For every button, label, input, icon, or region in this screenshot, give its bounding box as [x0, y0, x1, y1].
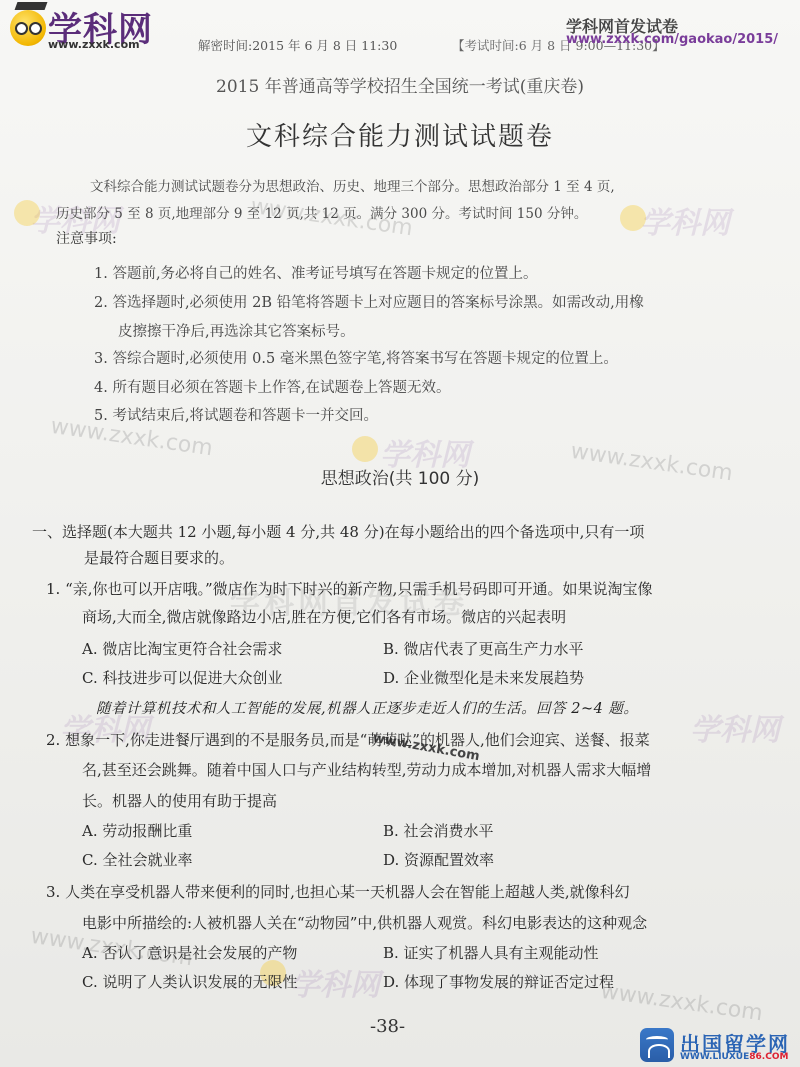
- question-1-option-b: B. 微店代表了更高生产力水平: [383, 638, 584, 659]
- question-1-option-c: C. 科技进步可以促进大众创业: [82, 667, 282, 688]
- zxxk-logo: 学科网 www.zxxk.com: [8, 2, 148, 52]
- question-3-option-d: D. 体现了事物发展的辩证否定过程: [383, 971, 614, 992]
- question-1-option-d: D. 企业微型化是未来发展趋势: [383, 667, 584, 688]
- graduation-cap-icon: [640, 1028, 674, 1062]
- section-instruction: 一、选择题(本大题共 12 小题,每小题 4 分,共 48 分)在每小题给出的四…: [32, 521, 644, 542]
- question-2-stem: 名,甚至还会跳舞。随着中国人口与产业结构转型,劳动力成本增加,对机器人需求大幅增: [82, 759, 651, 780]
- watermark-logo: 学科网: [690, 705, 780, 749]
- intro-line: 历史部分 5 至 8 页,地理部分 9 至 12 页,共 12 页。满分 300…: [56, 202, 587, 222]
- liuxue86-logo[interactable]: 出国留学网 WWW.LIUXUE86.COM: [640, 1028, 800, 1067]
- question-1-option-a: A. 微店比淘宝更符合社会需求: [82, 638, 282, 659]
- brand-banner-url[interactable]: www.zxxk.com/gaokao/2015/: [566, 32, 778, 47]
- watermark-mascot-icon: [352, 436, 378, 462]
- page-number: -38-: [370, 1016, 405, 1037]
- question-2-option-b: B. 社会消费水平: [383, 820, 494, 841]
- question-3-stem: 电影中所描绘的:人被机器人关在“动物园”中,供机器人观赏。科幻电影表达的这种观念: [82, 912, 647, 933]
- section-instruction-continued: 是最符合题目要求的。: [84, 547, 234, 568]
- note-item: 2. 答选择题时,必须使用 2B 铅笔将答题卡上对应题目的答案标号涂黑。如需改动…: [94, 291, 644, 312]
- note-item: 5. 考试结束后,将试题卷和答题卡一并交回。: [94, 404, 378, 425]
- watermark-mascot-icon: [14, 200, 40, 226]
- watermark-mascot-icon: [620, 205, 646, 231]
- question-3-stem: 3. 人类在享受机器人带来便利的同时,也担心某一天机器人会在智能上超越人类,就像…: [46, 881, 630, 902]
- section-title: 思想政治(共 100 分): [0, 464, 800, 489]
- question-3-option-a: A. 否认了意识是社会发展的产物: [82, 942, 297, 963]
- exam-page: 学科网 www.zxxk.com 学科网 www.zxxk.com 学科网 ww…: [0, 0, 800, 1067]
- question-3-option-b: B. 证实了机器人具有主观能动性: [383, 942, 599, 963]
- question-1-stem: 1. “亲,你也可以开店哦。”微店作为时下时兴的新产物,只需手机号码即可开通。如…: [46, 578, 652, 599]
- shared-stem: 随着计算机技术和人工智能的发展,机器人正逐步走近人们的生活。回答 2~4 题。: [96, 697, 638, 718]
- notes-heading: 注意事项:: [56, 228, 117, 248]
- question-1-stem: 商场,大而全,微店就像路边小店,胜在方便,它们各有市场。微店的兴起表明: [82, 606, 566, 627]
- question-2-stem: 2. 想象一下,你走进餐厅遇到的不是服务员,而是“萌萌哒”的机器人,他们会迎宾、…: [46, 729, 650, 750]
- watermark-logo: 学科网: [290, 960, 380, 1004]
- note-item: 4. 所有题目必须在答题卡上作答,在试题卷上答题无效。: [94, 376, 451, 397]
- release-time: 解密时间:2015 年 6 月 8 日 11:30: [198, 36, 397, 54]
- question-2-stem: 长。机器人的使用有助于提高: [82, 790, 277, 811]
- watermark-url: www.zxxk.com: [599, 979, 764, 1026]
- note-item: 1. 答题前,务必将自己的姓名、准考证号填写在答题卡规定的位置上。: [94, 262, 538, 283]
- question-2-option-a: A. 劳动报酬比重: [82, 820, 192, 841]
- mascot-icon: [10, 10, 46, 46]
- watermark-logo: 学科网: [640, 198, 730, 242]
- intro-line: 文科综合能力测试试题卷分为思想政治、历史、地理三个部分。思想政治部分 1 至 4…: [90, 175, 615, 195]
- question-2-option-d: D. 资源配置效率: [383, 849, 494, 870]
- liuxue86-url: WWW.LIUXUE86.COM: [680, 1052, 788, 1062]
- exam-title: 2015 年普通高等学校招生全国统一考试(重庆卷): [0, 72, 800, 97]
- question-2-option-c: C. 全社会就业率: [82, 849, 192, 870]
- note-item-continued: 皮擦擦干净后,再选涂其它答案标号。: [118, 320, 355, 341]
- note-item: 3. 答综合题时,必须使用 0.5 毫米黑色签字笔,将答案书写在答题卡规定的位置…: [94, 347, 618, 368]
- paper-title: 文科综合能力测试试题卷: [0, 116, 800, 153]
- question-3-option-c: C. 说明了人类认识发展的无限性: [82, 971, 297, 992]
- logo-url: www.zxxk.com: [48, 38, 140, 51]
